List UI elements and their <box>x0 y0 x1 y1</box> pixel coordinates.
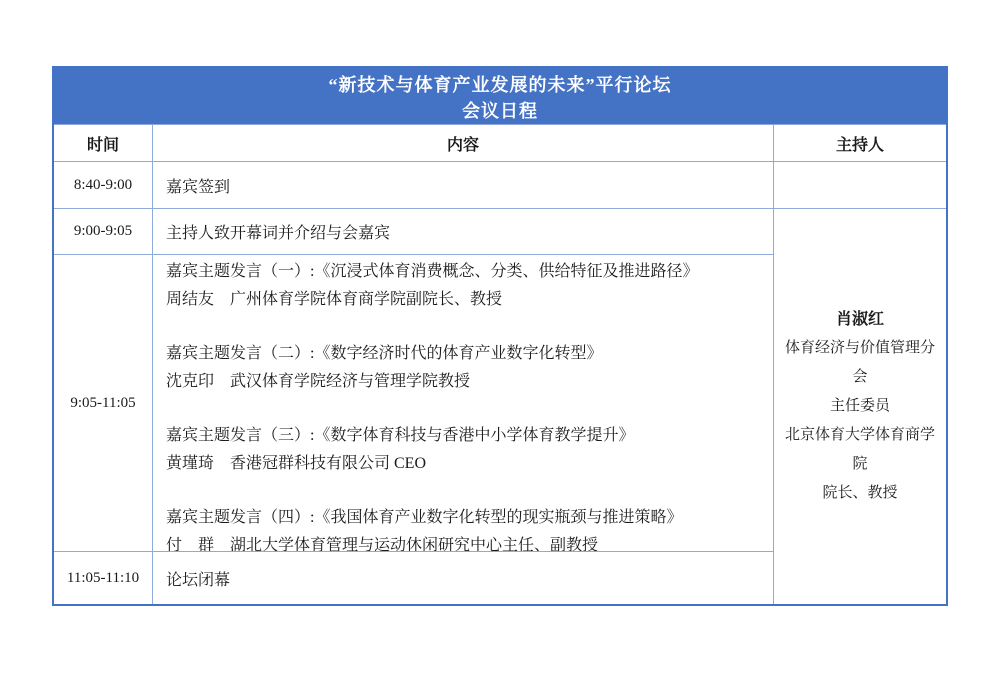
row-time: 9:05-11:05 <box>54 255 153 552</box>
speech-block: 嘉宾主题发言（三）:《数字体育科技与香港中小学体育教学提升》 黄瑾琦 香港冠群科… <box>166 422 763 478</box>
table-title-line1: “新技术与体育产业发展的未来”平行论坛 <box>54 72 946 98</box>
schedule-table: “新技术与体育产业发展的未来”平行论坛 会议日程 时间 内容 主持人 8:40-… <box>52 66 948 606</box>
table-title-line2: 会议日程 <box>54 98 946 124</box>
speech-speaker: 周结友 广州体育学院体育商学院副院长、教授 <box>166 286 763 314</box>
host-role-line: 北京体育大学体育商学院 <box>780 421 940 479</box>
host-cell: 肖淑红 体育经济与价值管理分会 主任委员 北京体育大学体育商学院 院长、教授 <box>774 209 946 604</box>
speech-speaker: 付 群 湖北大学体育管理与运动休闲研究中心主任、副教授 <box>166 532 763 552</box>
row-content: 嘉宾签到 <box>153 162 774 209</box>
host-role-line: 院长、教授 <box>822 479 897 508</box>
host-empty-cell <box>774 162 946 209</box>
column-header-time: 时间 <box>54 125 153 162</box>
speech-block: 嘉宾主题发言（四）:《我国体育产业数字化转型的现实瓶颈与推进策略》 付 群 湖北… <box>166 504 763 552</box>
host-role-line: 体育经济与价值管理分会 <box>780 334 940 392</box>
row-time: 8:40-9:00 <box>54 162 153 209</box>
speech-title: 嘉宾主题发言（三）:《数字体育科技与香港中小学体育教学提升》 <box>166 422 763 450</box>
row-content: 论坛闭幕 <box>153 552 774 604</box>
table-title: “新技术与体育产业发展的未来”平行论坛 会议日程 <box>54 68 946 125</box>
host-role-line: 主任委员 <box>830 392 890 421</box>
speech-speaker: 沈克印 武汉体育学院经济与管理学院教授 <box>166 368 763 396</box>
speech-title: 嘉宾主题发言（一）:《沉浸式体育消费概念、分类、供给特征及推进路径》 <box>166 258 763 286</box>
speech-title: 嘉宾主题发言（二）:《数字经济时代的体育产业数字化转型》 <box>166 340 763 368</box>
speech-block: 嘉宾主题发言（一）:《沉浸式体育消费概念、分类、供给特征及推进路径》 周结友 广… <box>166 258 763 314</box>
speech-block: 嘉宾主题发言（二）:《数字经济时代的体育产业数字化转型》 沈克印 武汉体育学院经… <box>166 340 763 396</box>
speeches-cell: 嘉宾主题发言（一）:《沉浸式体育消费概念、分类、供给特征及推进路径》 周结友 广… <box>153 255 774 552</box>
speech-speaker: 黄瑾琦 香港冠群科技有限公司 CEO <box>166 450 763 478</box>
host-name: 肖淑红 <box>836 305 884 334</box>
column-header-host: 主持人 <box>774 125 946 162</box>
column-header-content: 内容 <box>153 125 774 162</box>
row-time: 11:05-11:10 <box>54 552 153 604</box>
row-content: 主持人致开幕词并介绍与会嘉宾 <box>153 209 774 255</box>
speech-title: 嘉宾主题发言（四）:《我国体育产业数字化转型的现实瓶颈与推进策略》 <box>166 504 763 532</box>
row-time: 9:00-9:05 <box>54 209 153 255</box>
